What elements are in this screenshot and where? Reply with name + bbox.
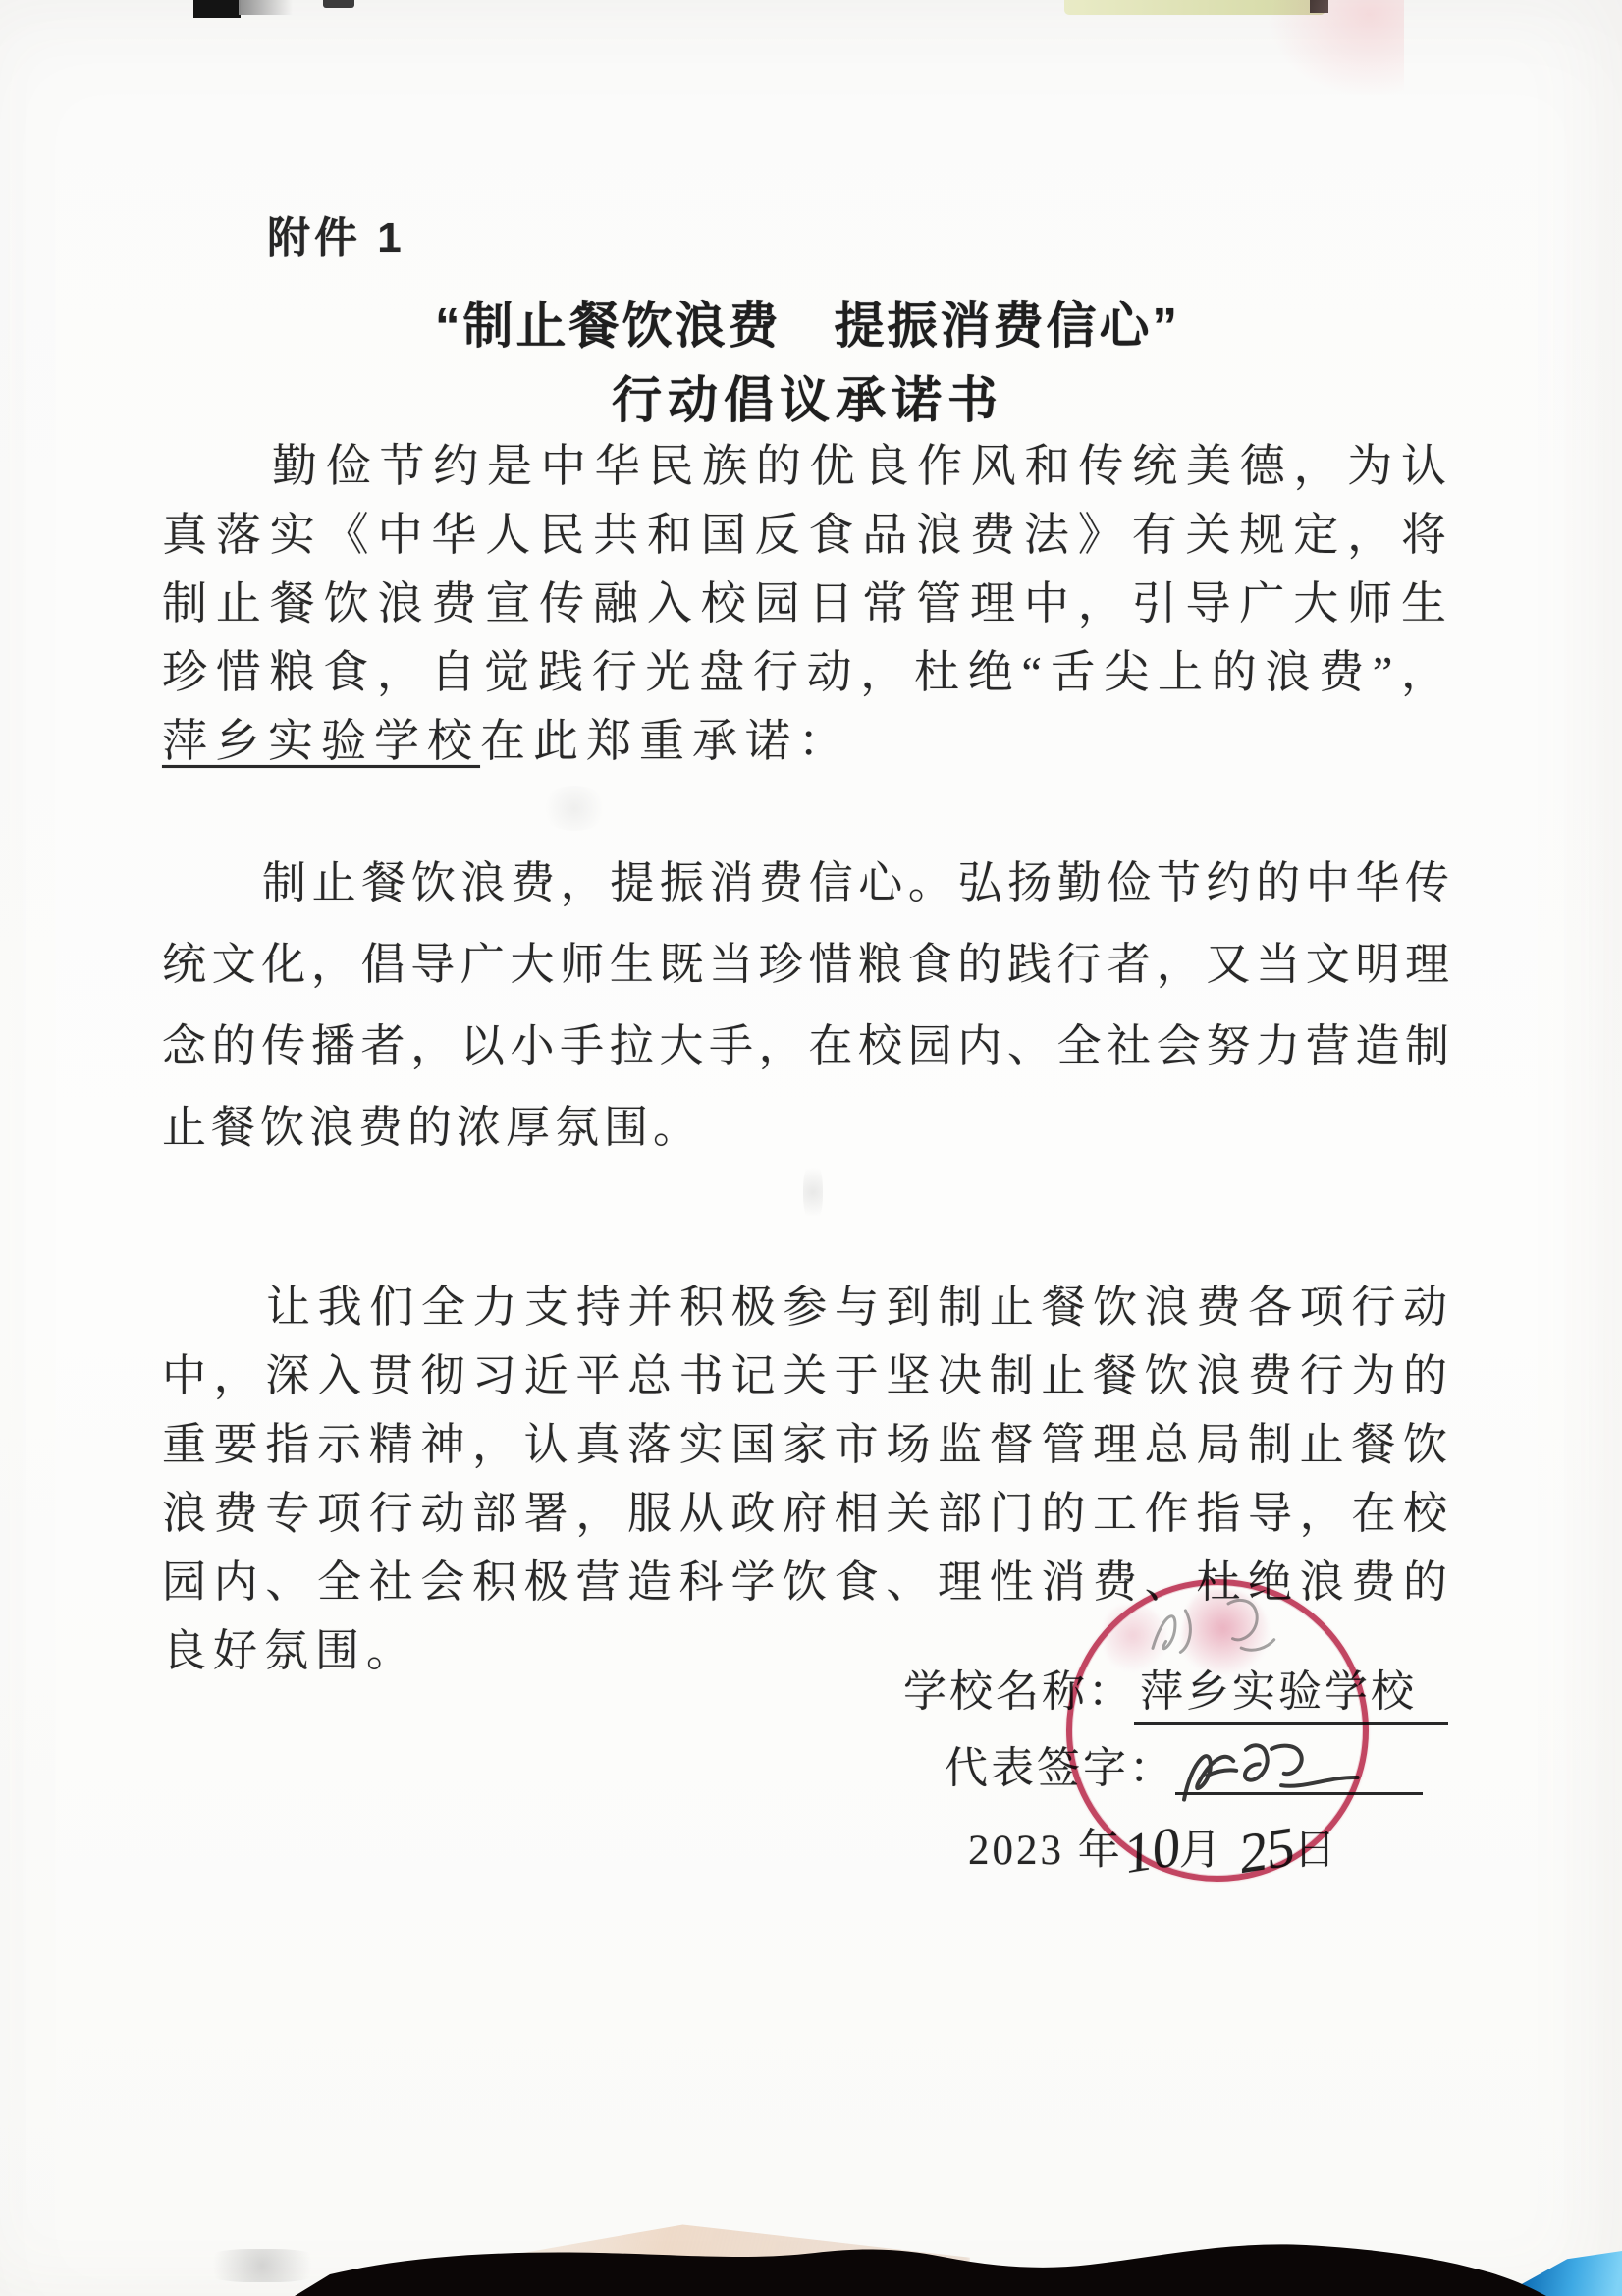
scanned-document-page: 附件 1 “制止餐饮浪费 提振消费信心” 行动倡议承诺书 勤俭节约是中华民族的优…	[0, 0, 1622, 2296]
scan-artifact-bottom-black-edge	[0, 2159, 1622, 2296]
attachment-label: 附件 1	[267, 202, 405, 265]
scan-smudge-lower	[803, 1161, 823, 1224]
paragraph-intro-pre: 勤俭节约是中华民族的优良作风和传统美德，为认真落实《中华人民共和国反食品浪费法》…	[162, 441, 1454, 697]
scan-artifact-top-right-pink	[1267, 0, 1404, 98]
scan-smudge-middle	[538, 786, 611, 831]
date-year: 2023 年	[968, 1828, 1123, 1874]
paragraph-intro: 勤俭节约是中华民族的优良作风和传统美德，为认真落实《中华人民共和国反食品浪费法》…	[162, 432, 1454, 776]
document-title-line2: 行动倡议承诺书	[162, 359, 1453, 432]
scan-artifact-top-left-small	[323, 0, 354, 8]
scan-artifact-top-left-black	[193, 0, 241, 18]
paragraph-intro-post: 在此郑重承诺：	[480, 716, 851, 766]
school-name-underlined: 萍乡实验学校	[162, 716, 480, 766]
scan-artifact-top-left-gray	[239, 0, 293, 15]
pen-marks-over-seal	[1090, 1580, 1323, 1704]
paragraph-commitment: 制止餐饮浪费，提振消费信心。弘扬勤俭节约的中华传统文化，倡导广大师生既当珍惜粮食…	[162, 843, 1454, 1169]
document-title-line1: “制止餐饮浪费 提振消费信心”	[162, 285, 1453, 357]
